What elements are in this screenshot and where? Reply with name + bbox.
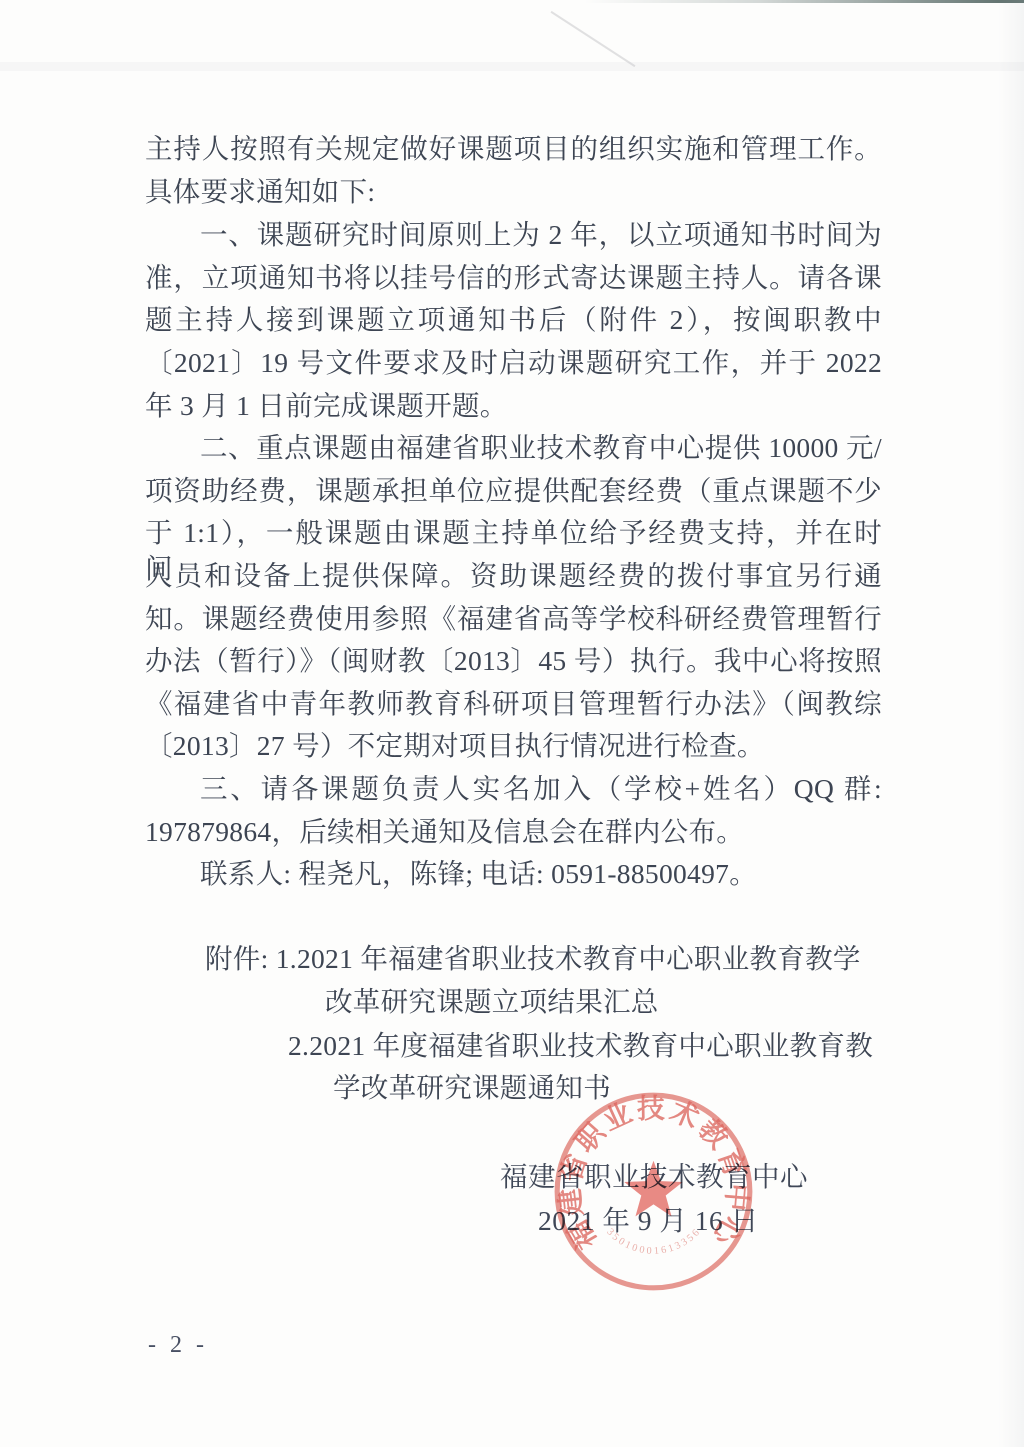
body-line: 三、请各课题负责人实名加入（学校+姓名）QQ 群:	[145, 771, 882, 807]
body-line: 〔2021〕19 号文件要求及时启动课题研究工作，并于 2022	[145, 345, 882, 381]
document-page: 主持人按照有关规定做好课题项目的组织实施和管理工作。 具体要求通知如下: 一、课…	[0, 0, 1024, 1447]
body-line: 197879864，后续相关通知及信息会在群内公布。	[145, 814, 882, 850]
body-line: 主持人按照有关规定做好课题项目的组织实施和管理工作。	[145, 131, 882, 167]
body-line: 二、重点课题由福建省职业技术教育中心提供 10000 元/	[145, 430, 882, 466]
seal-code: 35010001613356	[604, 1226, 703, 1257]
scan-top-edge-line	[584, 0, 1024, 3]
body-line: 准，立项通知书将以挂号信的形式寄达课题主持人。请各课	[145, 260, 882, 296]
body-line: 年 3 月 1 日前完成课题开题。	[145, 388, 882, 424]
body-line: 具体要求通知如下:	[145, 174, 882, 210]
body-line: 〔2013〕27 号）不定期对项目执行情况进行检查。	[145, 728, 882, 764]
body-line: 题主持人接到课题立项通知书后（附件 2），按闽职教中	[145, 302, 882, 338]
body-line: 知。课题经费使用参照《福建省高等学校科研经费管理暂行	[145, 601, 882, 637]
attachment-line: 改革研究课题立项结果汇总	[325, 984, 659, 1020]
body-line: 办法（暂行）》（闽财教〔2013〕45 号）执行。我中心将按照	[145, 643, 882, 679]
body-line: 联系人: 程尧凡，陈锋; 电话: 0591-88500497。	[145, 856, 882, 892]
scan-right-edge-shade	[998, 0, 1024, 1447]
attachment-line: 附件: 1.2021 年福建省职业技术教育中心职业教育教学	[205, 941, 861, 977]
official-seal: 福建省职业技术教育中心 35010001613356	[551, 1089, 756, 1294]
seal-star-icon	[624, 1161, 682, 1217]
attachment-line: 2.2021 年度福建省职业技术教育中心职业教育教	[288, 1028, 873, 1064]
scan-faint-band	[0, 62, 1024, 71]
body-line: 人员和设备上提供保障。资助课题经费的拨付事宜另行通	[145, 558, 882, 594]
page-number: - 2 -	[148, 1332, 208, 1359]
svg-text:35010001613356: 35010001613356	[604, 1226, 703, 1257]
body-line: 一、课题研究时间原则上为 2 年，以立项通知书时间为	[145, 217, 882, 253]
body-line: 项资助经费，课题承担单位应提供配套经费（重点课题不少	[145, 473, 882, 509]
body-line: 《福建省中青年教师教育科研项目管理暂行办法》（闽教综	[145, 686, 882, 722]
scan-diagonal-streak	[551, 11, 636, 67]
